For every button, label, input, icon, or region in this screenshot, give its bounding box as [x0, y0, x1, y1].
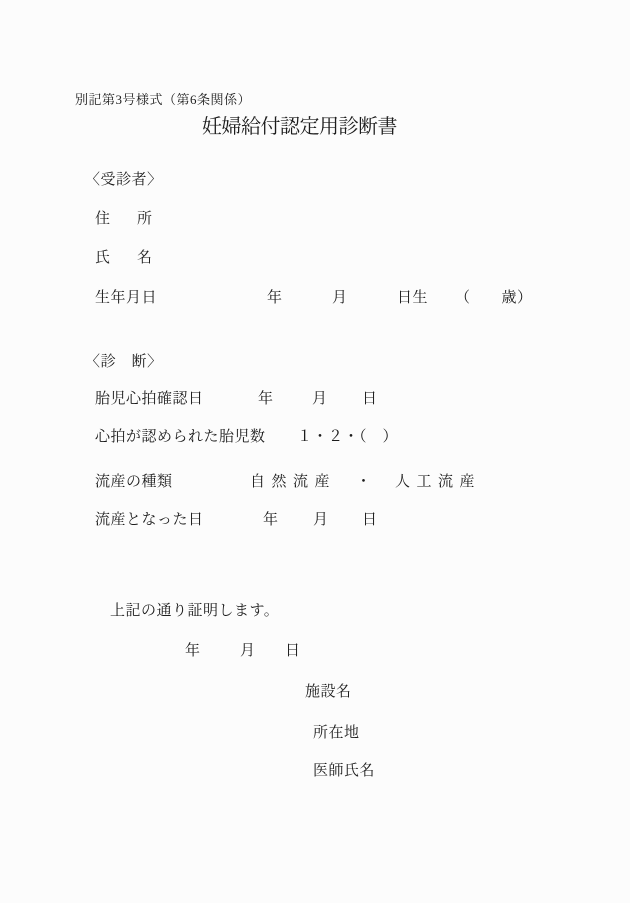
heartbeat-day-label: 日 — [362, 391, 378, 408]
fetus-count-label: 心拍が認められた胎児数 — [95, 429, 266, 446]
patient-section-heading: 〈受診者〉 — [85, 172, 163, 189]
diagnosis-section-heading: 〈診 断〉 — [85, 354, 163, 371]
heartbeat-month-label: 月 — [312, 391, 328, 408]
cert-year-label: 年 — [185, 643, 201, 660]
form-title: 妊婦給付認定用診断書 — [202, 116, 397, 139]
heartbeat-date-label: 胎児心拍確認日 — [95, 391, 204, 408]
name-label: 氏 名 — [95, 250, 158, 267]
heartbeat-year-label: 年 — [258, 391, 274, 408]
miscarriage-natural-option: 自然流産 — [250, 474, 336, 491]
address-label: 住 所 — [95, 211, 158, 228]
miscarriage-type-label: 流産の種類 — [95, 474, 173, 491]
birthdate-label: 生年月日 — [95, 290, 157, 307]
certification-statement: 上記の通り証明します。 — [110, 603, 279, 620]
miscarriage-year-label: 年 — [263, 512, 279, 529]
birthdate-age-paren: （ 歳） — [455, 290, 533, 307]
birthdate-year-label: 年 — [267, 290, 283, 307]
doctor-name-label: 医師氏名 — [313, 763, 375, 780]
cert-day-label: 日 — [285, 643, 301, 660]
miscarriage-month-label: 月 — [313, 512, 329, 529]
facility-name-label: 施設名 — [305, 684, 352, 701]
miscarriage-date-label: 流産となった日 — [95, 512, 204, 529]
miscarriage-type-separator: ・ — [356, 474, 372, 491]
scanned-form-page: 別記第3号様式（第6条関係） 妊婦給付認定用診断書 〈受診者〉 住 所 氏 名 … — [0, 0, 630, 903]
fetus-count-options: １・２・（ ） — [297, 429, 398, 446]
miscarriage-artificial-option: 人工流産 — [395, 474, 481, 491]
miscarriage-day-label: 日 — [362, 512, 378, 529]
location-label: 所在地 — [313, 725, 360, 742]
cert-month-label: 月 — [240, 643, 256, 660]
birthdate-month-label: 月 — [332, 290, 348, 307]
form-number: 別記第3号様式（第6条関係） — [75, 93, 251, 108]
birthdate-dayborn-label: 日生 — [397, 290, 428, 307]
